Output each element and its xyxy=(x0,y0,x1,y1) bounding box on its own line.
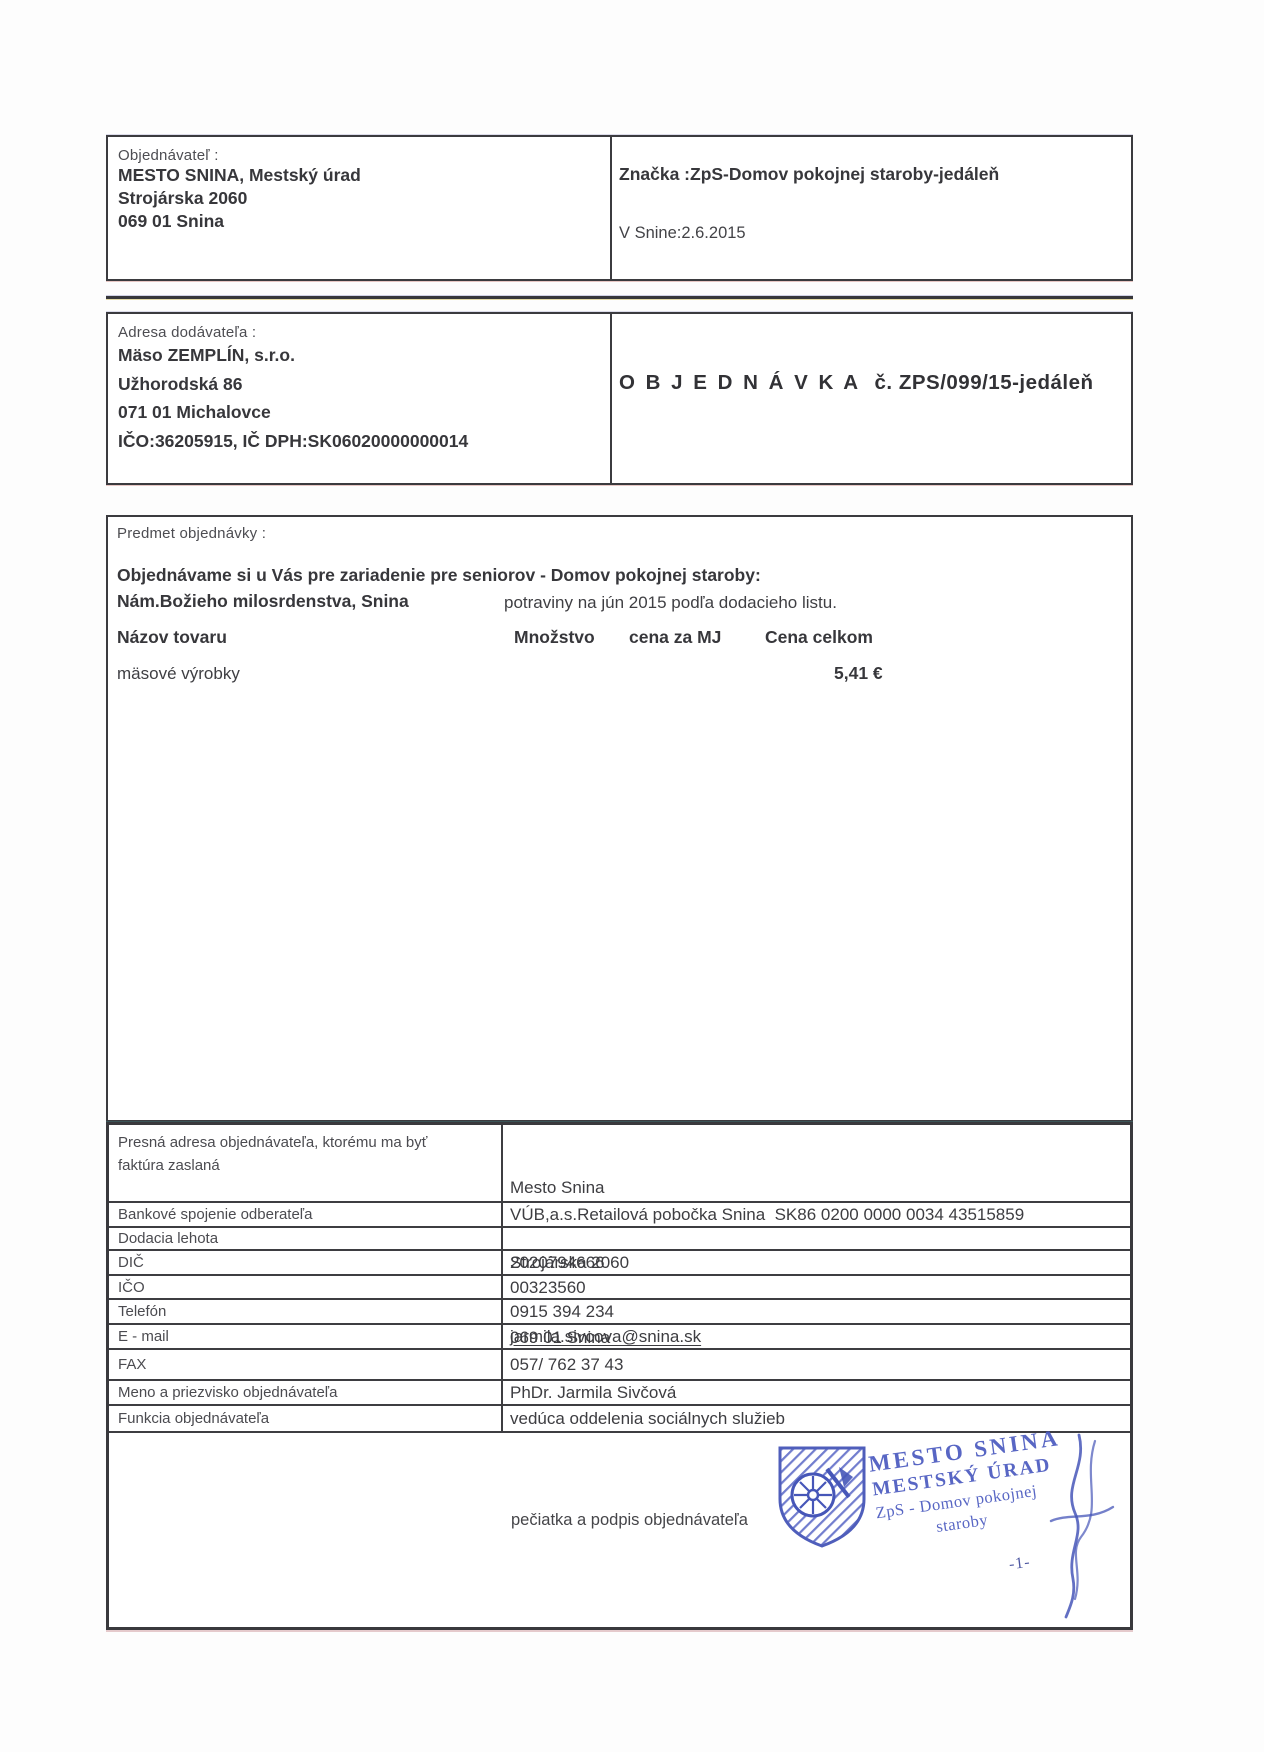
orderer-cell: Objednávateľ : MESTO SNINA, Mestský úrad… xyxy=(108,137,610,279)
details-table: Presná adresa objednávateľa, ktorému ma … xyxy=(106,1122,1133,1630)
orderer-street: Strojárska 2060 xyxy=(118,187,610,210)
order-title-word: O B J E D N Á V K A xyxy=(619,371,861,394)
supplier-city: 071 01 Michalovce xyxy=(118,398,610,427)
place-date: V Snine:2.6.2015 xyxy=(619,224,1131,243)
contact-name-value: PhDr. Jarmila Sivčová xyxy=(503,1380,1130,1405)
invoice-address-city-org: Mesto Snina xyxy=(510,1175,1130,1200)
email-label: E - mail xyxy=(109,1325,503,1348)
supplier-cell: Adresa dodávateľa : Mäso ZEMPLÍN, s.r.o.… xyxy=(108,314,610,483)
supplier-ids: IČO:36205915, IČ DPH:SK06020000000014 xyxy=(118,427,610,456)
email-value: jarmila.sivcova@snina.sk xyxy=(503,1324,1130,1349)
stamp-signature-area: pečiatka a podpis objednávateľa xyxy=(109,1431,1130,1629)
ico-label: IČO xyxy=(109,1276,503,1298)
item-total: 5,41 € xyxy=(834,663,883,684)
subject-box: Predmet objednávky : Objednávame si u Vá… xyxy=(106,515,1133,1122)
column-header-quantity: Množstvo xyxy=(514,627,595,648)
supplier-street: Užhorodská 86 xyxy=(118,370,610,399)
ico-value: 00323560 xyxy=(503,1275,1130,1300)
table-row: Telefón 0915 394 234 xyxy=(109,1298,1130,1323)
phone-value: 0915 394 234 xyxy=(503,1299,1130,1324)
reference-mark: Značka :ZpS-Domov pokojnej staroby-jedál… xyxy=(619,163,1131,186)
table-row: Funkcia objednávateľa vedúca oddelenia s… xyxy=(109,1404,1130,1431)
order-number-cell: O B J E D N Á V K Ač. ZPS/099/15-jedáleň xyxy=(610,314,1131,483)
orderer-label: Objednávateľ : xyxy=(118,147,610,164)
delivery-term-label: Dodacia lehota xyxy=(109,1228,503,1249)
supplier-label: Adresa dodávateľa : xyxy=(118,324,610,341)
contact-role-label: Funkcia objednávateľa xyxy=(109,1406,503,1431)
dic-value: 2020794666 xyxy=(503,1250,1130,1275)
page-number: -1- xyxy=(1008,1554,1032,1575)
contact-name-label: Meno a priezvisko objednávateľa xyxy=(109,1381,503,1404)
column-header-unit-price: cena za MJ xyxy=(629,627,721,648)
subject-goods-note: potraviny na jún 2015 podľa dodacieho li… xyxy=(504,593,837,613)
item-name: mäsové výrobky xyxy=(117,664,240,684)
table-row: Presná adresa objednávateľa, ktorému ma … xyxy=(109,1125,1130,1201)
subject-label: Predmet objednávky : xyxy=(117,525,266,542)
reference-cell: Značka :ZpS-Domov pokojnej staroby-jedál… xyxy=(610,137,1131,279)
phone-label: Telefón xyxy=(109,1300,503,1323)
column-header-total: Cena celkom xyxy=(765,627,873,648)
fax-label: FAX xyxy=(109,1350,503,1379)
orderer-name: MESTO SNINA, Mestský úrad xyxy=(118,164,610,187)
scanned-order-document: Objednávateľ : MESTO SNINA, Mestský úrad… xyxy=(0,0,1264,1752)
table-row: FAX 057/ 762 37 43 xyxy=(109,1348,1130,1379)
supplier-box: Adresa dodávateľa : Mäso ZEMPLÍN, s.r.o.… xyxy=(106,312,1133,485)
separator-line xyxy=(106,296,1133,299)
orderer-city: 069 01 Snina xyxy=(118,210,610,233)
orderer-box: Objednávateľ : MESTO SNINA, Mestský úrad… xyxy=(106,135,1133,281)
supplier-name: Mäso ZEMPLÍN, s.r.o. xyxy=(118,341,610,370)
column-header-name: Názov tovaru xyxy=(117,627,227,648)
order-title: O B J E D N Á V K Ač. ZPS/099/15-jedáleň xyxy=(619,371,1131,395)
table-row: Bankové spojenie odberateľa VÚB,a.s.Reta… xyxy=(109,1201,1130,1226)
fax-value: 057/ 762 37 43 xyxy=(503,1352,1130,1377)
stamp-caption: pečiatka a podpis objednávateľa xyxy=(511,1511,748,1530)
bank-value: VÚB,a.s.Retailová pobočka Snina SK86 020… xyxy=(503,1202,1130,1227)
order-number: č. ZPS/099/15-jedáleň xyxy=(875,371,1094,394)
table-row: DIČ 2020794666 xyxy=(109,1249,1130,1274)
city-coat-of-arms-icon xyxy=(775,1443,869,1551)
table-row: IČO 00323560 xyxy=(109,1274,1130,1298)
invoice-address-label-line1: Presná adresa objednávateľa, ktorému ma … xyxy=(118,1131,501,1154)
bank-label: Bankové spojenie odberateľa xyxy=(109,1203,503,1226)
invoice-address-label: Presná adresa objednávateľa, ktorému ma … xyxy=(109,1125,503,1201)
invoice-address-label-line2: faktúra zaslaná xyxy=(118,1154,501,1177)
table-row: Meno a priezvisko objednávateľa PhDr. Ja… xyxy=(109,1379,1130,1404)
subject-intro: Objednávame si u Vás pre zariadenie pre … xyxy=(117,565,761,586)
dic-label: DIČ xyxy=(109,1251,503,1274)
signature xyxy=(1021,1425,1131,1625)
subject-place: Nám.Božieho milosrdenstva, Snina xyxy=(117,591,409,612)
table-row: E - mail jarmila.sivcova@snina.sk xyxy=(109,1323,1130,1348)
